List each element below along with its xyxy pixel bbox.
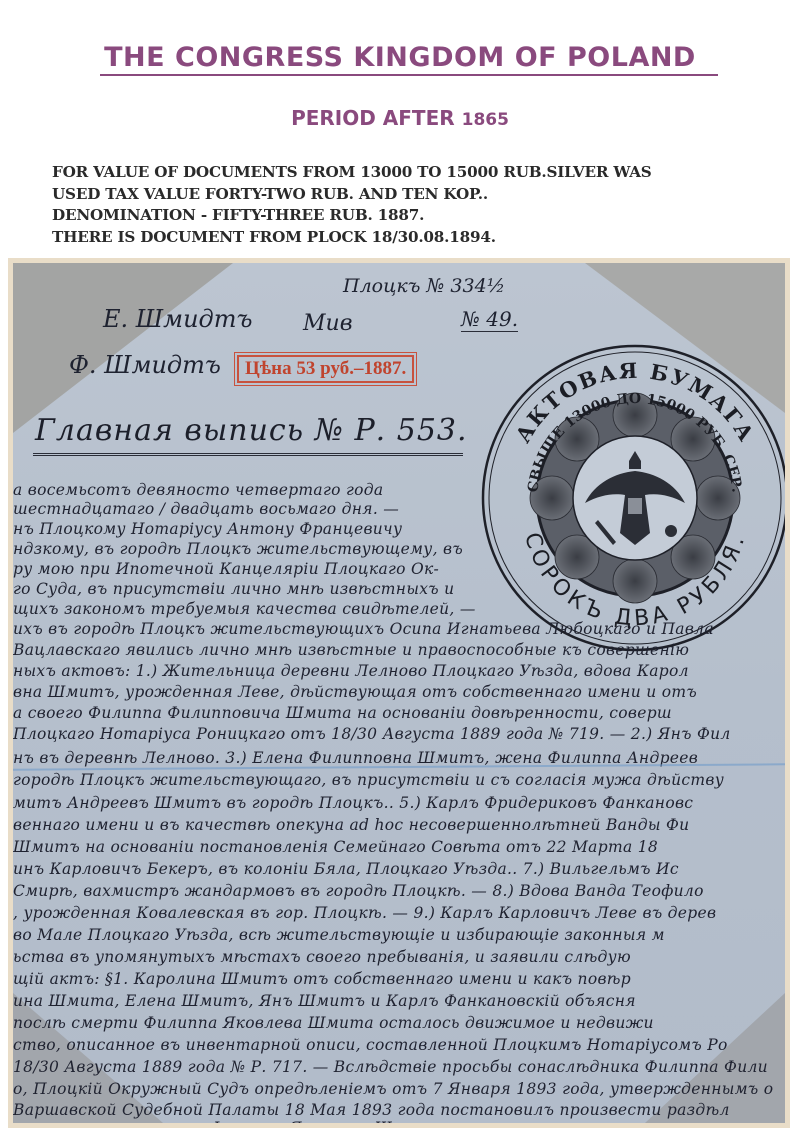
handwritten-line: ру мою при Ипотечной Канцеляріи Плоцкаго… — [13, 560, 439, 578]
description-line: USED TAX VALUE FORTY-TWO RUB. AND TEN KO… — [52, 184, 652, 206]
handwritten-line: , урожденная Ковалевская въ гор. Плоцкѣ.… — [13, 904, 716, 922]
document-paper: Плоцкъ № 334½ Е. Шмидтъ Мив № 49. Ф. Шми… — [13, 263, 785, 1123]
handwritten-line: нъ Плоцкому Нотаріусу Антону Францевичу — [13, 520, 402, 538]
handwritten-line: ныхъ актовъ: 1.) Жительница деревни Лелн… — [13, 662, 689, 680]
handwritten-line: Шмитъ на основаніи постановленія Семейна… — [13, 838, 658, 856]
handwritten-line: ина Шмита, Елена Шмитъ, Янъ Шмитъ и Карл… — [13, 992, 636, 1010]
description-line: DENOMINATION - FIFTY-THREE RUB. 1887. — [52, 205, 652, 227]
handwritten-line: ндзкому, въ городѣ Плоцкъ жительствующем… — [13, 540, 463, 558]
description-line: FOR VALUE OF DOCUMENTS FROM 13000 TO 150… — [52, 162, 652, 184]
handwritten-line: а восемьсотъ девяносто четвертаго года — [13, 481, 383, 499]
handwritten-line: а своего Филиппа Филипповича Шмита на ос… — [13, 704, 672, 722]
handwritten-line: щій актъ: §1. Каролина Шмитъ отъ собстве… — [13, 970, 631, 988]
handwritten-line: Варшавской Судебной Палаты 18 Мая 1893 г… — [13, 1101, 730, 1119]
page-title: THE CONGRESS KINGDOM OF POLAND — [0, 42, 800, 73]
handwritten-line: шестнадцатаго / двадцать восьмаго дня. — — [13, 500, 399, 518]
handwritten-line: го Суда, въ присутствіи лично мнѣ извѣст… — [13, 580, 454, 598]
document-scan: Плоцкъ № 334½ Е. Шмидтъ Мив № 49. Ф. Шми… — [8, 258, 790, 1128]
handwritten-line: ство, описанное въ инвентарной описи, со… — [13, 1036, 728, 1054]
handwritten-line: веннаго имени и въ качествѣ опекуна ad h… — [13, 816, 689, 834]
handwritten-line: Смирѣ, вахмистръ жандармовъ въ городѣ Пл… — [13, 882, 704, 900]
handwritten-line: инъ Карловичъ Бекеръ, въ колоніи Бяла, П… — [13, 860, 679, 878]
handwritten-line: о, Плоцкій Окружный Судъ опредѣленіемъ о… — [13, 1080, 773, 1098]
handwritten-line: щихъ закономъ требуемыя качества свидѣте… — [13, 600, 476, 618]
description-block: FOR VALUE OF DOCUMENTS FROM 13000 TO 150… — [52, 162, 652, 248]
handwritten-line: во Малe Плоцкаго Уѣзда, всѣ жительствующ… — [13, 926, 665, 944]
title-underline — [100, 74, 718, 76]
description-line: THERE IS DOCUMENT FROM PLOCK 18/30.08.18… — [52, 227, 652, 249]
handwritten-line: послѣ смерти Филиппа Яковлева Шмита оста… — [13, 1014, 654, 1032]
handwritten-line: аго имущества послѣ Филиппа Яковлева Шми… — [13, 1119, 686, 1123]
handwritten-line: городѣ Плоцкъ жительствующаго, въ присут… — [13, 771, 724, 789]
handwritten-line: Вацлавскаго явились лично мнѣ извѣстные … — [13, 641, 689, 659]
subtitle-text: PERIOD AFTER — [291, 106, 455, 130]
handwritten-line: Плоцкаго Нотаріуса Роницкаго отъ 18/30 А… — [13, 725, 731, 743]
handwritten-body: а восемьсотъ девяносто четвертаго года ш… — [13, 263, 785, 1123]
handwritten-line: вна Шмитъ, урожденная Леве, дѣйствующая … — [13, 683, 697, 701]
handwritten-line: ьства въ упомянутыхъ мѣстахъ своего преб… — [13, 948, 631, 966]
period-subtitle: PERIOD AFTER 1865 — [0, 106, 800, 130]
handwritten-line: ихъ въ городѣ Плоцкъ жительствующихъ Оси… — [13, 620, 714, 638]
subtitle-year: 1865 — [462, 110, 509, 130]
handwritten-line: 18/30 Августа 1889 года № Р. 717. — Вслѣ… — [13, 1058, 768, 1076]
handwritten-line: митъ Андреевъ Шмитъ въ городѣ Плоцкъ.. 5… — [13, 794, 693, 812]
